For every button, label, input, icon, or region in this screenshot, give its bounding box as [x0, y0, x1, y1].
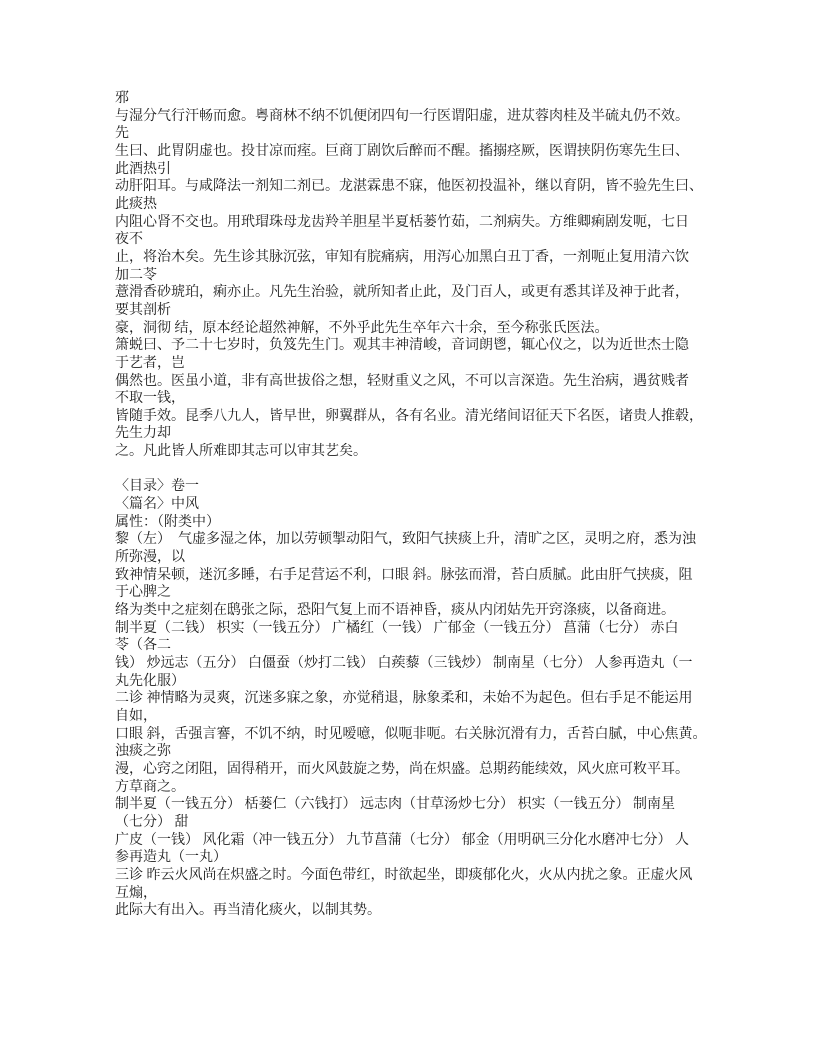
- text-line: 黎（左） 气虚多湿之体，加以劳顿掣动阳气，致阳气挟痰上升，清旷之区，灵明之府，悉…: [115, 531, 709, 549]
- text-line: 偶然也。医虽小道，非有高世拔俗之想，轻财重义之风，不可以言深造。先生治病，遇贫贱…: [115, 373, 709, 391]
- text-line: 属性：（附类中）: [115, 514, 709, 532]
- text-line: 互煽，: [115, 885, 709, 903]
- text-line: 要其剖析: [115, 302, 709, 320]
- blank-line: [115, 461, 709, 479]
- text-line: 此际大有出入。再当清化痰火，以制其势。: [115, 902, 709, 920]
- text-line: 止，将治木矣。先生诊其脉沉弦，审知有脘痛病，用泻心加黑白丑丁香，一剂呃止复用清六…: [115, 249, 709, 267]
- text-line: 漫，心窍之闭阻，固得稍开，而火风鼓旋之势，尚在炽盛。总期药能续效，风火庶可敉平耳…: [115, 761, 709, 779]
- text-line: 络为类中之症刻在鸱张之际，恐阳气复上而不语神昏，痰从内闭姑先开窍涤痰，以备商进。: [115, 602, 709, 620]
- text-line: 加二苓: [115, 267, 709, 285]
- text-line: 口眼 斜，舌强言謇，不饥不纳，时见嗳噫，似呃非呃。右关脉沉滑有力，舌苔白腻，中心…: [115, 726, 709, 744]
- text-line: 于心脾之: [115, 584, 709, 602]
- text-line: （七分） 甜: [115, 814, 709, 832]
- text-line: 豪，洞彻 结，原本经论超然神解，不外乎此先生卒年六十余，至今称张氏医法。: [115, 320, 709, 338]
- text-line: 〈篇名〉中风: [115, 496, 709, 514]
- text-line: 所弥漫，以: [115, 549, 709, 567]
- text-line: 此痰热: [115, 196, 709, 214]
- text-line: 不取一钱，: [115, 390, 709, 408]
- text-line: 于艺者，岂: [115, 355, 709, 373]
- text-line: 广皮（一钱） 风化霜（冲一钱五分） 九节菖蒲（七分） 郁金（用明矾三分化水磨冲七…: [115, 832, 709, 850]
- text-line: 此酒热引: [115, 161, 709, 179]
- text-line: 钱） 炒远志（五分） 白僵蚕（炒打二钱） 白蒺藜（三钱炒） 制南星（七分） 人参…: [115, 655, 709, 673]
- text-line: 邪: [115, 90, 709, 108]
- text-line: 先: [115, 125, 709, 143]
- text-line: 先生力却: [115, 425, 709, 443]
- text-line: 之。凡此皆人所难即其志可以审其艺矣。: [115, 443, 709, 461]
- text-block: 邪与湿分气行汗畅而愈。粤商林不纳不饥便闭四旬一行医谓阳虚，进苁蓉肉桂及半硫丸仍不…: [115, 90, 709, 920]
- text-line: 自如，: [115, 708, 709, 726]
- text-line: 内阻心肾不交也。用玳瑁珠母龙齿羚羊胆星半夏栝蒌竹茹，二剂病失。方维卿痢剧发呃，七…: [115, 214, 709, 232]
- text-line: 参再造丸（一丸）: [115, 849, 709, 867]
- text-line: 浊痰之弥: [115, 743, 709, 761]
- text-line: 〈目录〉卷一: [115, 478, 709, 496]
- text-line: 二诊 神情略为灵爽，沉迷多寐之象，亦觉稍退，脉象柔和，未始不为起色。但右手足不能…: [115, 690, 709, 708]
- text-line: 制半夏（一钱五分） 栝蒌仁（六钱打） 远志肉（甘草汤炒七分） 枳实（一钱五分） …: [115, 796, 709, 814]
- text-line: 丸先化服）: [115, 673, 709, 691]
- text-line: 制半夏（二钱） 枳实（一钱五分） 广橘红（一钱） 广郁金（一钱五分） 菖蒲（七分…: [115, 620, 709, 638]
- text-line: 致神情呆顿，迷沉多睡，右手足营运不利，口眼 斜。脉弦而滑，苔白质腻。此由肝气挟痰…: [115, 567, 709, 585]
- text-line: 皆随手效。昆季八九人，皆早世，卵翼群从，各有名业。清光绪间诏征天下名医，诸贵人推…: [115, 408, 709, 426]
- text-line: 薏滑香砂琥珀，痢亦止。凡先生治验，就所知者止此，及门百人，或更有悉其详及神于此者…: [115, 284, 709, 302]
- text-line: 生曰、此胃阴虚也。投甘凉而痓。巨商丁剧饮后醉而不醒。搐搦痉厥，医谓挟阴伤寒先生曰…: [115, 143, 709, 161]
- text-line: 方草商之。: [115, 779, 709, 797]
- text-line: 三诊 昨云火风尚在炽盛之时。今面色带红，时欲起坐，即痰郁化火，火从内扰之象。正虚…: [115, 867, 709, 885]
- text-line: 箫蜕曰、予二十七岁时，负笈先生门。观其丰神清峻，音词朗鬯，辄心仪之，以为近世杰士…: [115, 337, 709, 355]
- document-page: 邪与湿分气行汗畅而愈。粤商林不纳不饥便闭四旬一行医谓阳虚，进苁蓉肉桂及半硫丸仍不…: [0, 0, 816, 1056]
- text-line: 苓（各二: [115, 637, 709, 655]
- text-line: 夜不: [115, 231, 709, 249]
- text-line: 动肝阳耳。与咸降法一剂知二剂已。龙湛霖患不寐，他医初投温补，继以育阴，皆不验先生…: [115, 178, 709, 196]
- text-line: 与湿分气行汗畅而愈。粤商林不纳不饥便闭四旬一行医谓阳虚，进苁蓉肉桂及半硫丸仍不效…: [115, 108, 709, 126]
